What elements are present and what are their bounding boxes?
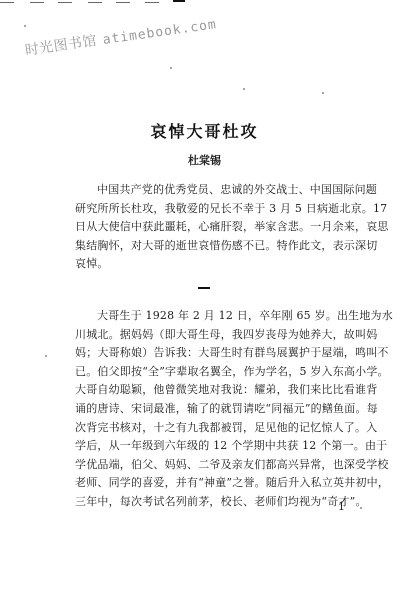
text-line: 次背完书核对，十之有九我都被罚，足见他的记忆惊人了。入 (75, 419, 351, 438)
scan-speck (45, 355, 47, 357)
watermark: 时光图书馆atimebook.com (24, 13, 218, 60)
article-author: 杜棠锡 (0, 152, 409, 168)
section-marker-one (198, 287, 210, 289)
scan-artifact-rule (0, 2, 14, 3)
scan-speck (322, 92, 324, 94)
paragraph-intro: 中国共产党的优秀党员、忠诚的外交战士、中国国际问题 研究所所长杜攻，我敬爱的兄长… (75, 181, 351, 274)
text-line: 学后，从一年级到六年级的 12 个学期中共获 12 个第一。由于 (75, 437, 351, 456)
scan-speck (170, 67, 172, 69)
text-line: 诵的唐诗、宋词最准，输了的就罚请吃“同福元”的鳝鱼面。每 (75, 400, 351, 419)
watermark-text: 时光图书馆 (24, 33, 98, 59)
text-line: 川城北。据妈妈（即大哥生母，我四岁丧母为她养大，故叫妈 (75, 326, 351, 345)
text-line: 大哥自幼聪颖，他曾微笑地对我说：耀弟，我们来比比看谁背 (75, 381, 351, 400)
text-line: 中国共产党的优秀党员、忠诚的外交战士、中国国际问题 (75, 181, 351, 200)
scan-artifact-rule (58, 2, 72, 3)
text-line: 大哥生于 1928 年 2 月 12 日，卒年刚 65 岁。出生地为水 (75, 307, 351, 326)
text-line: 妈；大哥称娘）告诉我：大哥生时有群鸟展翼护于屋端，鸣叫不 (75, 344, 351, 363)
scan-artifact-rule (88, 2, 102, 3)
text-line: 三年中，每次考试名列前茅，校长、老师们均视为“奇才”。 (75, 493, 351, 512)
scan-artifact-block (173, 0, 185, 2)
scan-speck (360, 507, 362, 509)
scan-artifact-rule (116, 2, 130, 3)
text-line: 学优品端，伯父、妈妈、二爷及亲友们都高兴异常，也深受学校 (75, 456, 351, 475)
scan-artifact-rule (145, 2, 159, 3)
paragraph-biography: 大哥生于 1928 年 2 月 12 日，卒年刚 65 岁。出生地为水 川城北。… (75, 307, 351, 512)
text-line: 研究所所长杜攻，我敬爱的兄长不幸于 3 月 5 日病逝北京。17 (75, 200, 351, 219)
scan-speck (243, 88, 245, 90)
text-line: 集结胸怀，对大哥的逝世哀惜伤感不已。特作此文，表示深切 (75, 237, 351, 256)
text-line: 日从大使信中获此噩耗，心痛肝裂，举家含悲。一月余来，哀思 (75, 218, 351, 237)
scan-speck (24, 25, 26, 27)
watermark-url: atimebook.com (102, 17, 218, 48)
page-number: 1 (338, 500, 345, 513)
text-line: 老师、同学的喜爱，并有“神童”之誉。随后升入私立英井初中， (75, 474, 351, 493)
text-line: 已。伯父即按“全”字辈取名翼全，作为学名，5 岁入东高小学。 (75, 363, 351, 382)
article-title: 哀悼大哥杜攻 (0, 119, 409, 142)
scan-artifact-rule (30, 2, 44, 3)
text-line: 哀悼。 (75, 255, 351, 274)
